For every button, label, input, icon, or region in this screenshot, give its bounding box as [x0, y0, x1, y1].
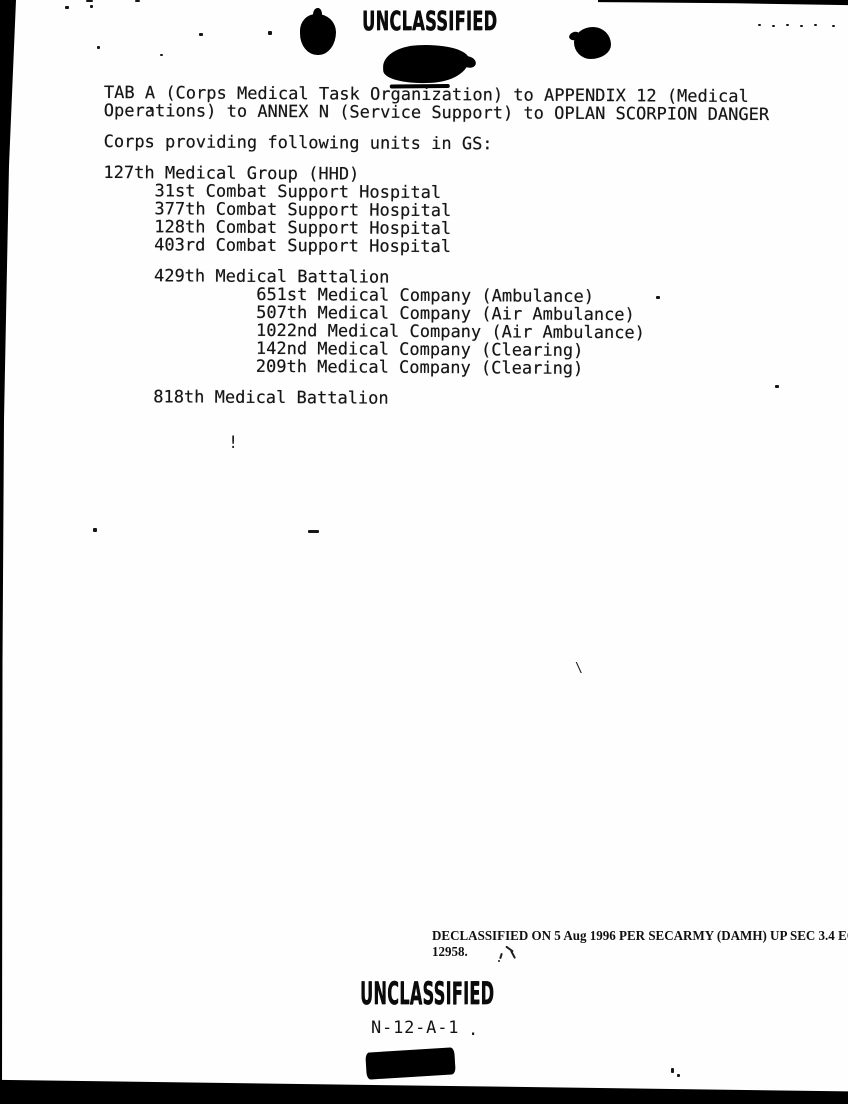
scan-speck: [786, 24, 789, 26]
scan-speck: [86, 0, 93, 2]
hole-punch-mark-left: [300, 14, 336, 55]
scan-speck: [832, 25, 835, 27]
typed-line: Corps providing following units in GS:: [104, 133, 769, 155]
typed-line: 403rd Combat Support Hospital: [103, 236, 768, 258]
scan-speck: [677, 1074, 680, 1077]
scan-speck: [656, 296, 660, 299]
scan-edge-top: [598, 0, 848, 6]
typed-line: 818th Medical Battalion: [102, 388, 767, 410]
handwritten-mark: [498, 960, 500, 962]
scan-speck: [775, 385, 779, 388]
scan-edge-left: [0, 0, 18, 1104]
hole-punch-mark-right: [574, 27, 611, 59]
scan-speck: [160, 54, 163, 56]
scan-speck: [308, 530, 319, 533]
scan-speck: [97, 46, 100, 49]
scan-speck: [814, 24, 817, 26]
page-number: N-12-A-1: [371, 1018, 459, 1038]
typed-line: Operations) to ANNEX N (Service Support)…: [104, 102, 769, 124]
declassification-note-line1: DECLASSIFIED ON 5 Aug 1996 PER SECARMY (…: [432, 929, 848, 945]
declassification-note-line2: 12958.: [432, 945, 848, 961]
scan-speck: [150, 107, 153, 110]
scan-edge-bottom: [0, 1076, 848, 1104]
scan-speck: [199, 33, 203, 36]
page-number-stray-dot: .: [468, 1020, 478, 1040]
typed-line: 209th Medical Company (Clearing): [102, 357, 767, 379]
scan-speck: [772, 25, 775, 27]
scanned-document-page: UNCLASSIFIED TAB A (Corps Medical Task O…: [0, 0, 848, 1104]
scan-speck: [65, 6, 69, 9]
scan-speck: [135, 0, 140, 2]
stray-exclamation-mark: !: [228, 433, 238, 453]
classification-stamp-top: UNCLASSIFIED: [362, 6, 497, 37]
scan-speck: [93, 528, 97, 532]
redaction-mark-bottom: [365, 1047, 455, 1079]
typed-body: TAB A (Corps Medical Task Organization) …: [102, 84, 769, 410]
scan-speck: [90, 5, 93, 8]
scan-speck: [800, 25, 803, 27]
stray-backslash-mark: \: [575, 661, 583, 676]
scan-speck: [671, 1068, 674, 1073]
scan-speck: [758, 24, 761, 26]
redaction-mark-top: [382, 44, 469, 85]
classification-stamp-bottom: UNCLASSIFIED: [360, 976, 494, 1012]
scan-speck: [268, 31, 272, 35]
declassification-note: DECLASSIFIED ON 5 Aug 1996 PER SECARMY (…: [432, 929, 848, 961]
